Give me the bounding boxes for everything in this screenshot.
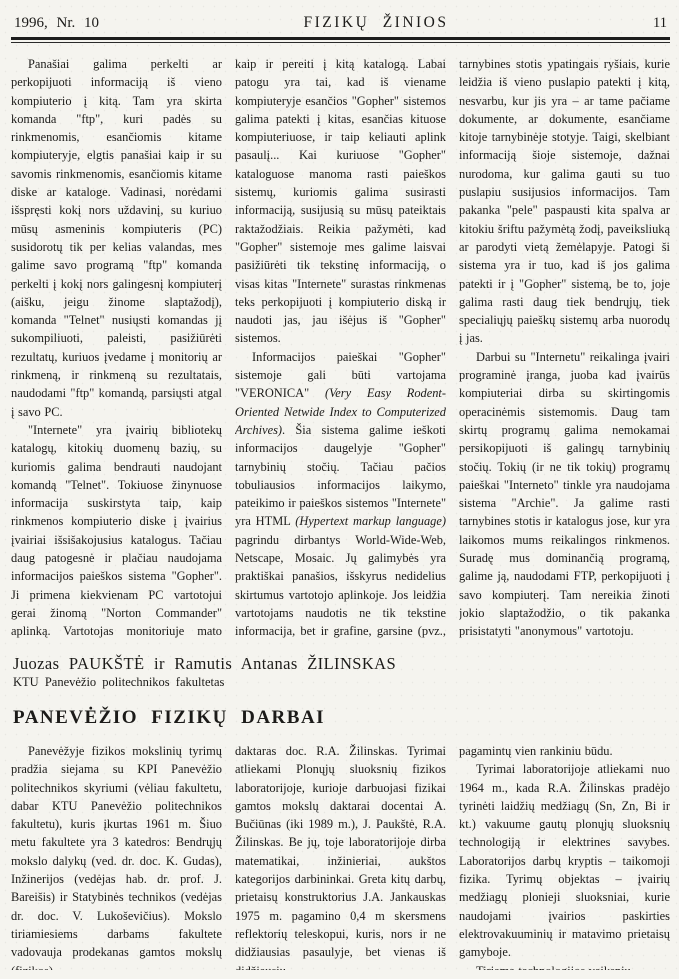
article-heading: PANEVĖŽIO FIZIKŲ DARBAI <box>11 707 670 729</box>
paragraph: Panevėžyje fizikos mokslinių tyrimų prad… <box>11 742 222 970</box>
text-column: daktaras doc. R.A. Žilinskas. Tyrimai at… <box>235 742 446 970</box>
text-column: tarnybines stotis ypatingais ryšiais, ku… <box>459 55 670 640</box>
paragraph: "Internete" yra įvairių bibliotekų katal… <box>11 421 222 640</box>
panevezys-article-columns: Panevėžyje fizikos mokslinių tyrimų prad… <box>11 742 670 970</box>
text-column: Panevėžyje fizikos mokslinių tyrimų prad… <box>11 742 222 970</box>
issue-label: 1996, Nr. 10 <box>14 15 99 32</box>
author-byline: Juozas PAUKŠTĖ ir Ramutis Antanas ŽILINS… <box>11 654 670 674</box>
header-double-rule <box>11 37 670 43</box>
paragraph: kaip ir pereiti į kitą katalogą. Labai p… <box>235 55 446 348</box>
paragraph: Darbui su "Internetu" reikalinga įvairi … <box>459 348 670 640</box>
paragraph: Tiriama technologijos veiksnių <box>459 962 670 970</box>
text-column: kaip ir pereiti į kitą katalogą. Labai p… <box>235 55 446 640</box>
paragraph: Tyrimai laboratorijoje atliekami nuo 196… <box>459 760 670 961</box>
internet-article-columns: Panašiai galima perkelti ar perkopijuoti… <box>11 55 670 640</box>
journal-title: FIZIKŲ ŽINIOS <box>304 14 449 32</box>
text-column: pagamintų vien rankiniu būdu.Tyrimai lab… <box>459 742 670 970</box>
paragraph: Informacijos paieškai "Gopher" sistemoje… <box>235 348 446 640</box>
page-number: 11 <box>653 15 667 32</box>
paragraph: tarnybines stotis ypatingais ryšiais, ku… <box>459 55 670 348</box>
scanned-journal-page: 1996, Nr. 10 FIZIKŲ ŽINIOS 11 Panašiai g… <box>0 0 679 979</box>
paragraph: pagamintų vien rankiniu būdu. <box>459 742 670 760</box>
author-affiliation: KTU Panevėžio politechnikos fakultetas <box>11 675 670 690</box>
paragraph: Panašiai galima perkelti ar perkopijuoti… <box>11 55 222 421</box>
paragraph: daktaras doc. R.A. Žilinskas. Tyrimai at… <box>235 742 446 970</box>
page-header: 1996, Nr. 10 FIZIKŲ ŽINIOS 11 <box>11 6 670 36</box>
text-column: Panašiai galima perkelti ar perkopijuoti… <box>11 55 222 640</box>
